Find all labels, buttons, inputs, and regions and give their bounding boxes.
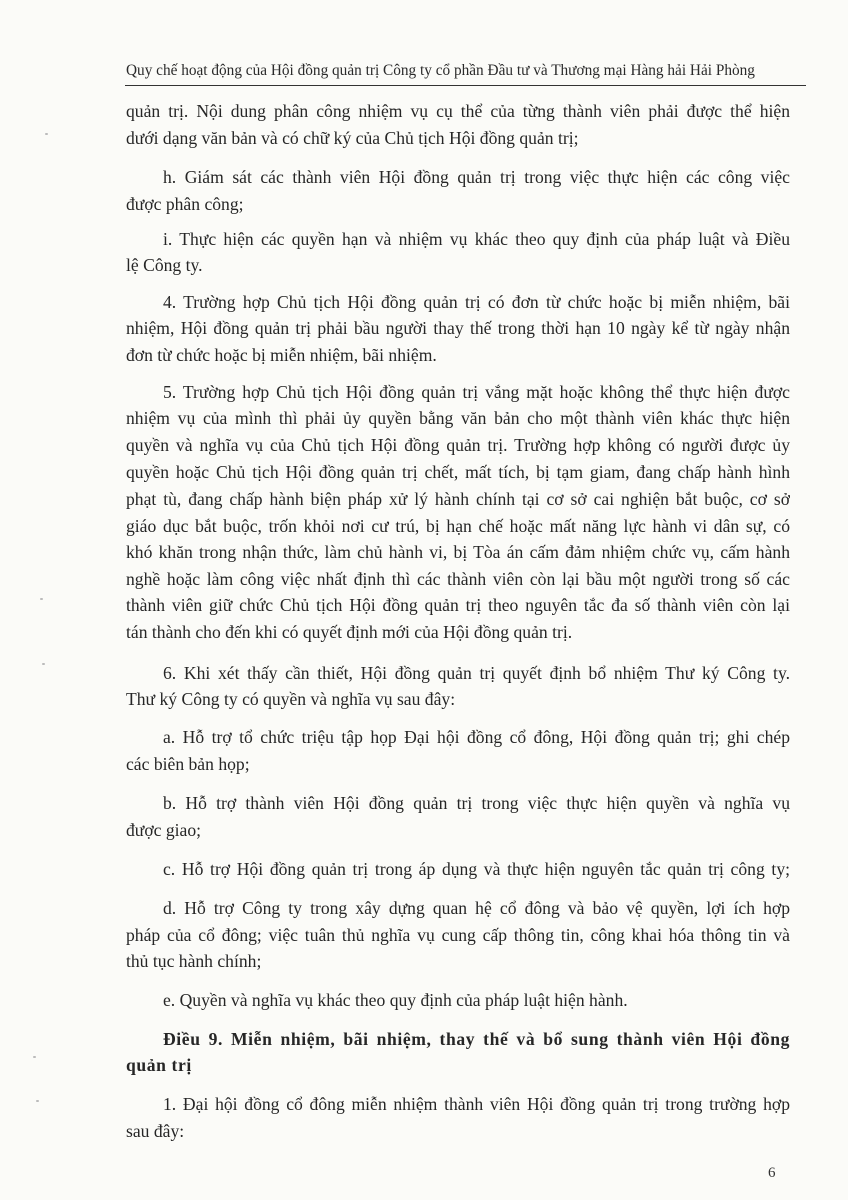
paragraph-line: lệ Công ty. — [126, 254, 790, 276]
paragraph-line: pháp của cổ đông; việc tuân thủ nghĩa vụ… — [126, 924, 790, 946]
paragraph-line: tán thành cho đến khi có quyết định mới … — [126, 621, 790, 643]
paragraph-line: đơn từ chức hoặc bị miễn nhiệm, bãi nhiệ… — [126, 344, 790, 366]
page-number: 6 — [768, 1165, 776, 1182]
scan-speck — [45, 133, 48, 135]
list-item-c: c. Hỗ trợ Hội đồng quản trị trong áp dụn… — [163, 858, 790, 880]
list-item-h: h. Giám sát các thành viên Hội đồng quản… — [163, 166, 790, 188]
paragraph-line: thủ tục hành chính; — [126, 950, 790, 972]
document-page: Quy chế hoạt động của Hội đồng quản trị … — [0, 0, 848, 1200]
paragraph-line: quyền và nghĩa vụ của Chủ tịch Hội đồng … — [126, 434, 790, 456]
paragraph-line: nghề hoặc làm công việc nhất định thì cá… — [126, 568, 790, 590]
paragraph-line: nhiệm vụ của mình thì phải ủy quyền bằng… — [126, 407, 790, 429]
scan-speck — [36, 1100, 39, 1102]
list-item-e: e. Quyền và nghĩa vụ khác theo quy định … — [163, 989, 790, 1011]
article-heading-cont: quản trị — [126, 1054, 790, 1076]
paragraph-line: giáo dục bắt buộc, trốn khỏi nơi cư trú,… — [126, 515, 790, 537]
running-header: Quy chế hoạt động của Hội đồng quản trị … — [126, 62, 806, 80]
clause-4: 4. Trường hợp Chủ tịch Hội đồng quản trị… — [163, 291, 790, 313]
paragraph-line: thành viên giữ chức Chủ tịch Hội đồng qu… — [126, 594, 790, 616]
paragraph-line: được giao; — [126, 819, 790, 841]
paragraph-line: khó khăn trong nhận thức, làm chủ hành v… — [126, 541, 790, 563]
clause-1: 1. Đại hội đồng cổ đông miễn nhiệm thành… — [163, 1093, 790, 1115]
paragraph-line: quản trị. Nội dung phân công nhiệm vụ cụ… — [126, 100, 790, 122]
list-item-b: b. Hỗ trợ thành viên Hội đồng quản trị t… — [163, 792, 790, 814]
scan-speck — [33, 1056, 36, 1058]
paragraph-line: nhiệm, Hội đồng quản trị phải bầu người … — [126, 317, 790, 339]
list-item-i: i. Thực hiện các quyền hạn và nhiệm vụ k… — [163, 228, 790, 250]
paragraph-line: được phân công; — [126, 193, 790, 215]
header-divider — [125, 85, 806, 86]
clause-5: 5. Trường hợp Chủ tịch Hội đồng quản trị… — [163, 381, 790, 403]
clause-6: 6. Khi xét thấy cần thiết, Hội đồng quản… — [163, 662, 790, 684]
list-item-a: a. Hỗ trợ tổ chức triệu tập họp Đại hội … — [163, 726, 790, 748]
paragraph-line: sau đây: — [126, 1120, 790, 1142]
scan-speck — [42, 663, 45, 665]
list-item-d: d. Hỗ trợ Công ty trong xây dựng quan hệ… — [163, 897, 790, 919]
paragraph-line: Thư ký Công ty có quyền và nghĩa vụ sau … — [126, 688, 790, 710]
paragraph-line: quyền hoặc Chủ tịch Hội đồng quản trị ch… — [126, 461, 790, 483]
paragraph-line: các biên bản họp; — [126, 753, 790, 775]
scan-speck — [40, 598, 43, 600]
paragraph-line: phạt tù, đang chấp hành biện pháp xử lý … — [126, 488, 790, 510]
paragraph-line: dưới dạng văn bản và có chữ ký của Chủ t… — [126, 127, 790, 149]
article-heading: Điều 9. Miễn nhiệm, bãi nhiệm, thay thế … — [163, 1028, 790, 1050]
